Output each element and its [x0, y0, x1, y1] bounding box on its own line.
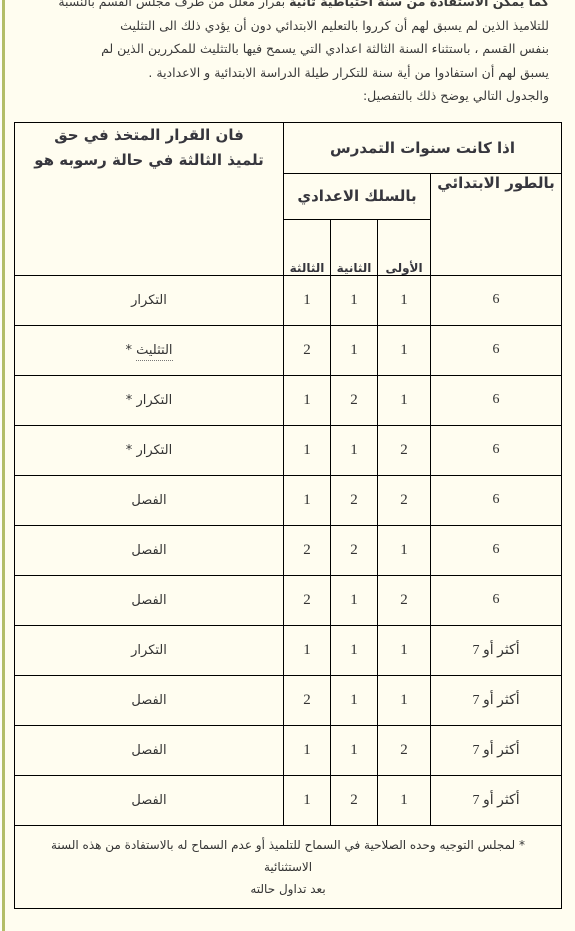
left-accent-stripe — [2, 0, 5, 931]
decision-label: الفصل — [131, 593, 166, 608]
cell-decision: التكرار * — [15, 425, 284, 475]
cell-prep-year-1: 1 — [378, 525, 431, 575]
cell-decision: الفصل — [15, 575, 284, 625]
cell-prep-year-2: 1 — [331, 725, 378, 775]
intro-line-4: يسبق لهم أن استفادوا من أية سنة للتكرار … — [30, 61, 549, 85]
cell-prep-year-3: 1 — [284, 775, 331, 825]
cell-decision: الفصل — [15, 725, 284, 775]
header-prep-cycle: بالسلك الاعدادي — [284, 173, 431, 219]
cell-decision: الفصل — [15, 675, 284, 725]
decision-asterisk: * — [126, 393, 137, 408]
cell-prep-year-2: 2 — [331, 375, 378, 425]
cell-prep-year-1: 1 — [378, 775, 431, 825]
table-row: 6 1 1 1 التكرار — [15, 275, 562, 325]
header-schooling-years: اذا كانت سنوات التمدرس — [284, 122, 562, 173]
cell-prep-year-2: 2 — [331, 775, 378, 825]
decision-label: الفصل — [131, 493, 166, 508]
table-row: 6 2 1 1 التكرار * — [15, 425, 562, 475]
cell-prep-year-2: 1 — [331, 275, 378, 325]
header-year-2: الثانية — [331, 219, 378, 275]
table-row: أكثر أو 7 1 1 1 التكرار — [15, 625, 562, 675]
header-decision-line-2: تلميذ الثالثة في حالة رسوبه هو — [15, 148, 283, 173]
cell-primary-years: 6 — [431, 375, 562, 425]
cell-decision: الفصل — [15, 475, 284, 525]
cell-primary-years: أكثر أو 7 — [431, 625, 562, 675]
cell-primary-years: 6 — [431, 325, 562, 375]
cell-prep-year-3: 1 — [284, 725, 331, 775]
cell-primary-years: 6 — [431, 275, 562, 325]
intro-line-3: بنفس القسم ، باستثناء السنة الثالثة اعدا… — [30, 37, 549, 61]
decision-label: التكرار — [131, 293, 167, 308]
cell-prep-year-3: 2 — [284, 325, 331, 375]
cell-prep-year-1: 1 — [378, 375, 431, 425]
intro-line-2: للتلاميذ الذين لم يسبق لهم أن كرروا بالت… — [30, 14, 549, 38]
table-row: أكثر أو 7 2 1 1 الفصل — [15, 725, 562, 775]
decision-label: الفصل — [131, 693, 166, 708]
cell-primary-years: أكثر أو 7 — [431, 675, 562, 725]
cell-prep-year-3: 2 — [284, 675, 331, 725]
cell-prep-year-1: 1 — [378, 275, 431, 325]
cell-prep-year-1: 1 — [378, 675, 431, 725]
cell-decision: الفصل — [15, 525, 284, 575]
cell-decision: التكرار — [15, 625, 284, 675]
decision-label: التكرار — [131, 643, 167, 658]
cell-prep-year-2: 1 — [331, 625, 378, 675]
header-decision: فان القرار المتخذ في حق تلميذ الثالثة في… — [15, 122, 284, 275]
footnote-row: * لمجلس التوجيه وحده الصلاحية في السماح … — [15, 825, 562, 908]
cell-decision: التكرار — [15, 275, 284, 325]
header-decision-line-1: فان القرار المتخذ في حق — [15, 123, 283, 148]
cell-decision: الفصل — [15, 775, 284, 825]
decision-label: الفصل — [131, 543, 166, 558]
cell-prep-year-2: 2 — [331, 525, 378, 575]
cell-prep-year-3: 2 — [284, 575, 331, 625]
cell-prep-year-1: 1 — [378, 625, 431, 675]
decision-label: التكرار — [136, 393, 172, 408]
schooling-decision-table: اذا كانت سنوات التمدرس فان القرار المتخذ… — [14, 122, 562, 909]
header-primary-phase: بالطور الابتدائي — [431, 173, 562, 275]
footnote-line-1: * لمجلس التوجيه وحده الصلاحية في السماح … — [45, 834, 531, 878]
cell-prep-year-3: 1 — [284, 475, 331, 525]
cell-decision: التثليث * — [15, 325, 284, 375]
decision-asterisk: * — [125, 343, 136, 358]
table-footnote: * لمجلس التوجيه وحده الصلاحية في السماح … — [15, 825, 562, 908]
cell-prep-year-1: 2 — [378, 725, 431, 775]
intro-line-1-rest: بقرار معلل من طرف مجلس القسم بالنسبة — [58, 0, 289, 9]
cell-primary-years: 6 — [431, 475, 562, 525]
table-row: أكثر أو 7 1 1 2 الفصل — [15, 675, 562, 725]
page: • كما يمكن الاستفادة من سنة احتياطية ثان… — [0, 0, 575, 931]
cell-prep-year-3: 1 — [284, 625, 331, 675]
cell-primary-years: 6 — [431, 425, 562, 475]
table-row: 6 1 1 2 التثليث * — [15, 325, 562, 375]
intro-paragraph: • كما يمكن الاستفادة من سنة احتياطية ثان… — [30, 0, 549, 108]
cell-prep-year-1: 2 — [378, 475, 431, 525]
decision-label: الفصل — [131, 793, 166, 808]
cell-primary-years: 6 — [431, 575, 562, 625]
intro-line-1: كما يمكن الاستفادة من سنة احتياطية ثانية… — [30, 0, 549, 14]
footnote-line-2: بعد تداول حالته — [45, 878, 531, 900]
intro-bold-lead: كما يمكن الاستفادة من سنة احتياطية ثانية — [289, 0, 549, 9]
cell-prep-year-1: 2 — [378, 575, 431, 625]
table-row: 6 1 2 2 الفصل — [15, 525, 562, 575]
header-row-1: اذا كانت سنوات التمدرس فان القرار المتخذ… — [15, 122, 562, 173]
cell-primary-years: 6 — [431, 525, 562, 575]
cell-prep-year-2: 1 — [331, 575, 378, 625]
cell-prep-year-3: 1 — [284, 275, 331, 325]
table-row: 6 1 2 1 التكرار * — [15, 375, 562, 425]
cell-prep-year-1: 1 — [378, 325, 431, 375]
decision-asterisk: * — [126, 443, 137, 458]
cell-prep-year-2: 1 — [331, 675, 378, 725]
cell-primary-years: أكثر أو 7 — [431, 725, 562, 775]
cell-prep-year-2: 2 — [331, 475, 378, 525]
table-row: أكثر أو 7 1 2 1 الفصل — [15, 775, 562, 825]
decision-label: التكرار — [136, 443, 172, 458]
header-year-3: الثالثة — [284, 219, 331, 275]
decision-label: التثليث — [136, 343, 172, 361]
decision-label: الفصل — [131, 743, 166, 758]
intro-closing: والجدول التالي يوضح ذلك بالتفصيل: — [30, 84, 549, 108]
cell-prep-year-3: 1 — [284, 375, 331, 425]
table-row: 6 2 2 1 الفصل — [15, 475, 562, 525]
cell-prep-year-3: 1 — [284, 425, 331, 475]
cell-prep-year-2: 1 — [331, 325, 378, 375]
cell-primary-years: أكثر أو 7 — [431, 775, 562, 825]
header-year-1: الأولى — [378, 219, 431, 275]
table-row: 6 2 1 2 الفصل — [15, 575, 562, 625]
cell-prep-year-3: 2 — [284, 525, 331, 575]
cell-prep-year-1: 2 — [378, 425, 431, 475]
cell-decision: التكرار * — [15, 375, 284, 425]
cell-prep-year-2: 1 — [331, 425, 378, 475]
